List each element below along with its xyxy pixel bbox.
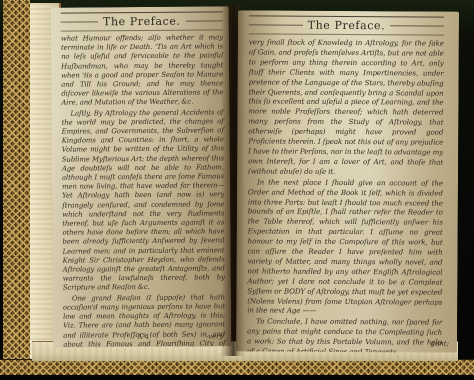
signature-mark: A 4 (63, 332, 223, 341)
right-page: The Preface. very ſmall ſtock of Knowled… (236, 10, 459, 352)
header-rule-bottom (249, 33, 444, 35)
left-page-footer: A 4 very (63, 332, 223, 344)
header-side-rule (61, 21, 98, 22)
paragraph: In the next place I ſhould give an accou… (247, 177, 443, 317)
book-photograph: The Preface. what Humour offends; alſo w… (0, 0, 474, 380)
right-page-footer: gent; (246, 337, 449, 349)
header-side-rule (249, 24, 303, 25)
left-page: The Preface. what Humour offends; alſo w… (51, 6, 232, 347)
book-cover-edge-bottom (0, 359, 474, 375)
header-rule-top (249, 15, 444, 17)
right-page-title: The Preface. (308, 19, 386, 32)
right-page-body: very ſmall ſtock of Knowledg in Aſtrolog… (247, 37, 444, 352)
book-cover-edge-left (3, 0, 30, 372)
right-page-header: The Preface. (249, 18, 444, 32)
header-rule-bottom (61, 29, 223, 31)
catchword: gent; (430, 339, 449, 348)
header-side-rule (390, 25, 444, 26)
header-rule-top (61, 11, 223, 13)
catchword: very (208, 332, 223, 340)
header-side-rule (186, 20, 223, 21)
left-page-header: The Preface. (61, 14, 223, 28)
left-page-title: The Preface. (103, 15, 181, 29)
paragraph: what Humour offends; alſo whether it may… (61, 33, 224, 108)
paragraph: very ſmall ſtock of Knowledg in Aſtrolog… (248, 37, 444, 177)
left-page-body: what Humour offends; alſo whether it may… (61, 33, 226, 347)
paragraph: Laſtly, By Aſtrology the general Acciden… (61, 108, 224, 293)
